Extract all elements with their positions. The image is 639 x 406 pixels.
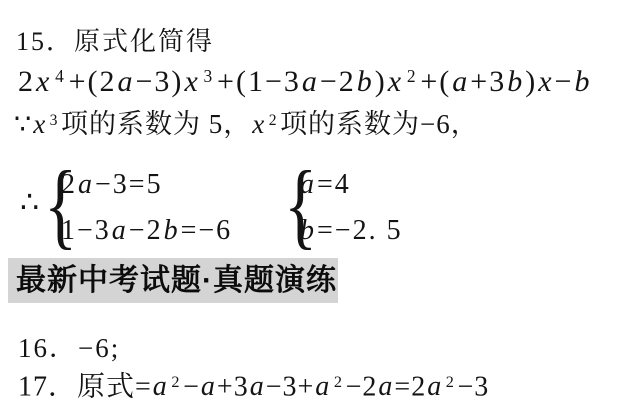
equation-row-solution-a: a=4 [299, 162, 403, 208]
equation-row-condition-2: 1−3a−2b=−6 [61, 208, 232, 254]
section-header-title: 最新中考试题·真题演练 [8, 258, 338, 303]
therefore-symbol: ∴ [20, 188, 39, 218]
equation-system-solutions: a=4 b=−2. 5 [299, 162, 403, 254]
equation-row-condition-1: 2a−3=5 [61, 162, 232, 208]
equation-row-solution-b: b=−2. 5 [299, 208, 403, 254]
answer-16-line: 16．−6; [18, 330, 120, 366]
answer-17-line: 17．原式=a2−a+3a−3+a2−2a=2a2−3 [18, 362, 489, 406]
polynomial-expression: 2x4+(2a−3)x3+(1−3a−2b)x2+(a+3b)x−b [18, 56, 592, 102]
document-page: 15．原式化简得 2x4+(2a−3)x3+(1−3a−2b)x2+(a+3b)… [0, 0, 639, 406]
problem-15-heading: 15．原式化简得 [16, 26, 214, 58]
coefficient-note-line: ∵x3项的系数为 5，x2项的系数为−6， [14, 102, 479, 143]
equation-system-conditions: 2a−3=5 1−3a−2b=−6 [61, 162, 232, 254]
section-header-bar: 最新中考试题·真题演练 [8, 258, 338, 303]
